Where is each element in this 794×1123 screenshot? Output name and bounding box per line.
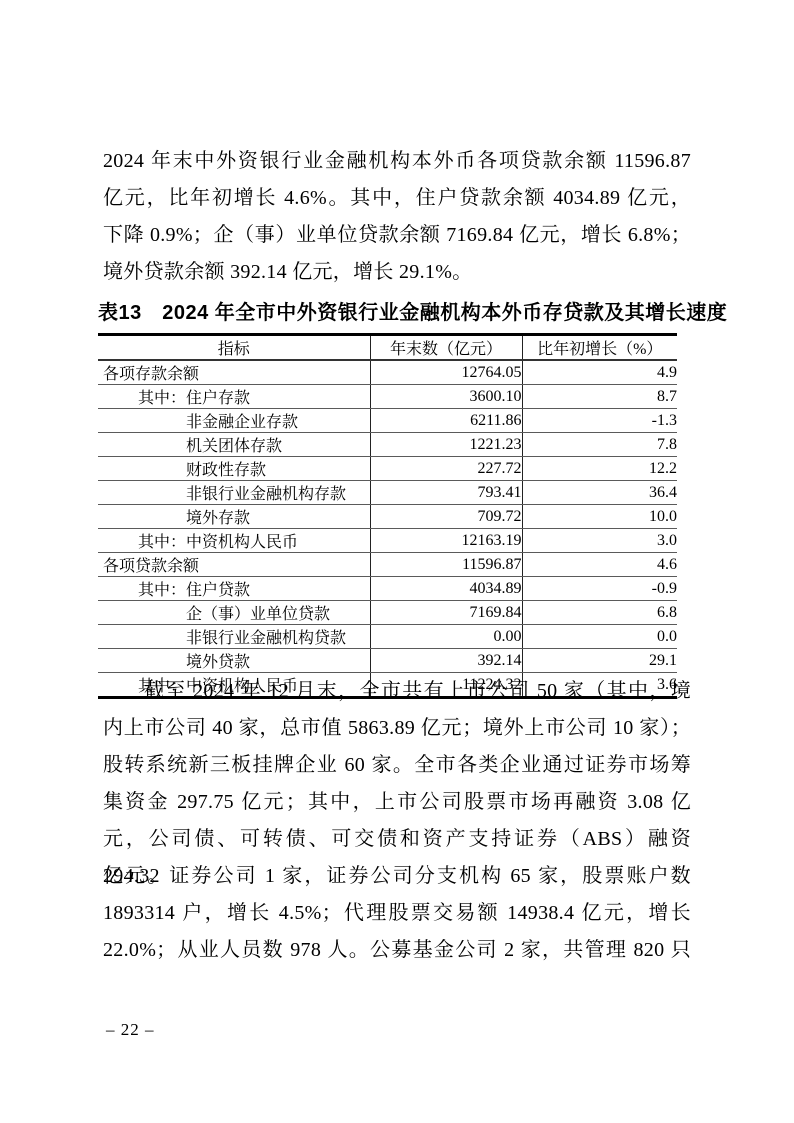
table-cell-growth: 7.8: [522, 433, 677, 457]
table-row: 财政性存款227.7212.2: [98, 457, 677, 481]
table-cell-growth: 12.2: [522, 457, 677, 481]
table-cell-growth: 10.0: [522, 505, 677, 529]
text-line: 截至 2024 年 12 月末，全市共有上市公司 50 家（其中，境: [103, 673, 691, 710]
table-cell-growth: 36.4: [522, 481, 677, 505]
table-cell-indicator: 各项存款余额: [98, 360, 370, 385]
table-cell-indicator: 非银行业金融机构贷款: [98, 625, 370, 649]
table-cell-growth: 8.7: [522, 385, 677, 409]
table-cell-yearend-value: 7169.84: [370, 601, 522, 625]
table-row: 境外存款709.7210.0: [98, 505, 677, 529]
paragraph-1: 2024 年末中外资银行业金融机构本外币各项贷款余额 11596.87亿元，比年…: [103, 143, 691, 291]
table-title: 表13 2024 年全市中外资银行业金融机构本外币存贷款及其增长速度: [98, 299, 692, 327]
table-cell-yearend-value: 0.00: [370, 625, 522, 649]
table-cell-yearend-value: 793.41: [370, 481, 522, 505]
table-header: 指标 年末数（亿元） 比年初增长（%）: [98, 335, 677, 361]
table-cell-growth: 29.1: [522, 649, 677, 673]
table-cell-indicator: 境外贷款: [98, 649, 370, 673]
table-row: 企（事）业单位贷款7169.846.8: [98, 601, 677, 625]
table-cell-indicator: 非银行业金融机构存款: [98, 481, 370, 505]
table-row: 其中：住户贷款4034.89-0.9: [98, 577, 677, 601]
column-header-growth: 比年初增长（%）: [522, 335, 677, 361]
column-header-indicator: 指标: [98, 335, 370, 361]
table-cell-yearend-value: 709.72: [370, 505, 522, 529]
table-cell-growth: 6.8: [522, 601, 677, 625]
table-row: 机关团体存款1221.237.8: [98, 433, 677, 457]
text-line: 亿元，比年初增长 4.6%。其中，住户贷款余额 4034.89 亿元，: [103, 180, 691, 217]
paragraph-2: 截至 2024 年 12 月末，全市共有上市公司 50 家（其中，境内上市公司 …: [103, 673, 691, 969]
text-line: 元，公司债、可转债、可交债和资产支持证券（ABS）融资 294.32: [103, 821, 691, 858]
table-cell-growth: 3.0: [522, 529, 677, 553]
table-cell-yearend-value: 227.72: [370, 457, 522, 481]
table-cell-yearend-value: 1221.23: [370, 433, 522, 457]
table-header-row: 指标 年末数（亿元） 比年初增长（%）: [98, 335, 677, 361]
table-row: 非银行业金融机构贷款0.000.0: [98, 625, 677, 649]
text-line: 22.0%；从业人员数 978 人。公募基金公司 2 家，共管理 820 只: [103, 932, 691, 969]
table-cell-indicator: 企（事）业单位贷款: [98, 601, 370, 625]
page-number: – 22 –: [106, 1020, 155, 1040]
table-cell-indicator: 其中：中资机构人民币: [98, 529, 370, 553]
table-cell-yearend-value: 6211.86: [370, 409, 522, 433]
text-line: 内上市公司 40 家，总市值 5863.89 亿元；境外上市公司 10 家）；: [103, 710, 691, 747]
table-cell-indicator: 各项贷款余额: [98, 553, 370, 577]
table-row: 其中：住户存款3600.108.7: [98, 385, 677, 409]
table-row: 各项存款余额12764.054.9: [98, 360, 677, 385]
table-cell-growth: 4.9: [522, 360, 677, 385]
table-cell-indicator: 财政性存款: [98, 457, 370, 481]
table-cell-yearend-value: 11596.87: [370, 553, 522, 577]
text-line: 亿元。证券公司 1 家，证券公司分支机构 65 家，股票账户数: [103, 858, 691, 895]
table-cell-yearend-value: 392.14: [370, 649, 522, 673]
table-row: 境外贷款392.1429.1: [98, 649, 677, 673]
text-line: 2024 年末中外资银行业金融机构本外币各项贷款余额 11596.87: [103, 143, 691, 180]
data-table: 指标 年末数（亿元） 比年初增长（%） 各项存款余额12764.054.9其中：…: [98, 333, 677, 699]
table-cell-growth: -0.9: [522, 577, 677, 601]
table-row: 非金融企业存款6211.86-1.3: [98, 409, 677, 433]
table-cell-growth: -1.3: [522, 409, 677, 433]
table-cell-indicator: 境外存款: [98, 505, 370, 529]
text-line: 股转系统新三板挂牌企业 60 家。全市各类企业通过证券市场筹: [103, 747, 691, 784]
document-page: 2024 年末中外资银行业金融机构本外币各项贷款余额 11596.87亿元，比年…: [0, 0, 794, 1123]
table-cell-growth: 4.6: [522, 553, 677, 577]
table-row: 非银行业金融机构存款793.4136.4: [98, 481, 677, 505]
text-line: 境外贷款余额 392.14 亿元，增长 29.1%。: [103, 254, 691, 291]
table-body: 各项存款余额12764.054.9其中：住户存款3600.108.7非金融企业存…: [98, 360, 677, 698]
table-row: 其中：中资机构人民币12163.193.0: [98, 529, 677, 553]
table-cell-yearend-value: 4034.89: [370, 577, 522, 601]
table-cell-indicator: 机关团体存款: [98, 433, 370, 457]
text-line: 下降 0.9%；企（事）业单位贷款余额 7169.84 亿元，增长 6.8%；: [103, 217, 691, 254]
table-cell-yearend-value: 12764.05: [370, 360, 522, 385]
table-cell-indicator: 其中：住户贷款: [98, 577, 370, 601]
text-line: 1893314 户，增长 4.5%；代理股票交易额 14938.4 亿元，增长: [103, 895, 691, 932]
table-cell-yearend-value: 3600.10: [370, 385, 522, 409]
table-cell-indicator: 其中：住户存款: [98, 385, 370, 409]
column-header-yearend-value: 年末数（亿元）: [370, 335, 522, 361]
table-cell-indicator: 非金融企业存款: [98, 409, 370, 433]
table-row: 各项贷款余额11596.874.6: [98, 553, 677, 577]
table-cell-growth: 0.0: [522, 625, 677, 649]
text-line: 集资金 297.75 亿元；其中，上市公司股票市场再融资 3.08 亿: [103, 784, 691, 821]
table-cell-yearend-value: 12163.19: [370, 529, 522, 553]
